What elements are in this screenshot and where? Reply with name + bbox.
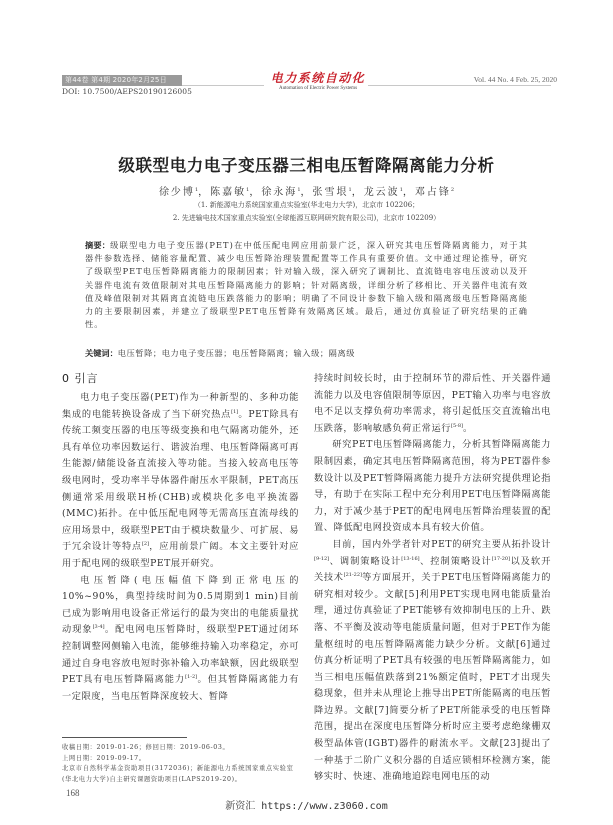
journal-name-cn: 电力系统自动化 — [266, 71, 370, 85]
author-affiliation-mark: 1 — [246, 187, 249, 193]
abstract: 摘要：级联型电力电子变压器(PET)在中低压配电网应用前景广泛，深入研究其电压暂… — [85, 239, 528, 331]
citation-reference[interactable]: [17-20] — [492, 556, 510, 562]
volume-info: Vol. 44 No. 4 Feb. 25, 2020 — [474, 75, 557, 84]
author-name: 张雪垠 — [313, 187, 349, 198]
header-divider-right — [368, 85, 551, 86]
footnote-divider — [62, 737, 187, 738]
citation-reference[interactable]: [3-4] — [93, 624, 105, 630]
author-list: 徐少博1，陈嘉敏1，徐永海1，张雪垠1，龙云波1，邓占锋2 — [0, 183, 613, 198]
author-affiliation-mark: 1 — [297, 187, 300, 193]
author-name: 徐少博 — [159, 187, 195, 198]
author-affiliation-mark: 1 — [195, 187, 198, 193]
citation-reference[interactable]: [5-8] — [451, 423, 463, 429]
author-name: 陈嘉敏 — [210, 187, 246, 198]
footnotes: 收稿日期：2019-01-26；修回日期：2019-06-03。 上网日期：20… — [62, 743, 299, 785]
footnote-received: 收稿日期：2019-01-26；修回日期：2019-06-03。 — [62, 743, 299, 754]
journal-name-en: Automation of Electric Power Systems — [266, 85, 370, 92]
author-affiliation-mark: 2 — [451, 187, 454, 193]
header-divider-left — [182, 85, 264, 86]
author-name: 龙云波 — [364, 187, 400, 198]
citation-reference[interactable]: [13-16] — [401, 556, 419, 562]
body-paragraph: 目前，国内外学者针对PET的研究主要从拓扑设计[9-12]、调制策略设计[13-… — [314, 537, 551, 786]
body-paragraph: 持续时间较长时，由于控制环节的滞后性、开关器件通流能力以及电容值限制等原因，PE… — [314, 371, 551, 437]
body-column-left: 0 引言 电力电子变压器(PET)作为一种新型的、多种功能集成的电能转换设备成了… — [62, 370, 299, 705]
body-paragraph: 电压暂降(电压幅值下降到正常电压的10%~90%，典型持续时间为0.5周期到1 … — [62, 573, 299, 706]
keywords-text: 电压暂降；电力电子变压器；电压暂降隔离；输入级；隔离级 — [118, 348, 355, 358]
body-paragraph: 研究PET电压暂降隔离能力，分析其暂降隔离能力限制因素，确定其电压暂降隔离范围，… — [314, 437, 551, 537]
right-paragraphs: 持续时间较长时，由于控制环节的滞后性、开关器件通流能力以及电容值限制等原因，PE… — [314, 371, 551, 786]
journal-logo: 电力系统自动化 Automation of Electric Power Sys… — [266, 71, 370, 92]
section-heading-introduction: 0 引言 — [62, 370, 299, 388]
footnote-online: 上网日期：2019-09-17。 — [62, 754, 299, 765]
keywords-label: 关键词： — [85, 348, 118, 358]
issue-band: 第44卷 第4期 2020年2月25日 — [62, 75, 182, 86]
author-affiliation-mark: 1 — [349, 187, 352, 193]
abstract-label: 摘要： — [85, 240, 110, 250]
footnote-funding: 北京市自然科学基金资助项目(3172036)；新能源电力系统国家重点实验室(华北… — [62, 764, 299, 785]
citation-reference[interactable]: [2] — [142, 541, 149, 547]
affiliation-2: 2. 先进输电技术国家重点实验室(全球能源互联网研究院有限公司)，北京市 102… — [0, 213, 613, 223]
keywords: 关键词：电压暂降；电力电子变压器；电压暂降隔离；输入级；隔离级 — [85, 347, 528, 359]
citation-reference[interactable]: [21-22] — [344, 572, 362, 578]
author-affiliation-mark: 1 — [400, 187, 403, 193]
body-column-right: 持续时间较长时，由于控制环节的滞后性、开关器件通流能力以及电容值限制等原因，PE… — [314, 371, 551, 786]
abstract-text: 级联型电力电子变压器(PET)在中低压配电网应用前景广泛，深入研究其电压暂降隔离… — [85, 240, 528, 329]
citation-reference[interactable]: [1] — [231, 409, 238, 415]
doi-text: DOI: 10.7500/AEPS20190126005 — [62, 87, 192, 96]
citation-reference[interactable]: [9-12] — [314, 556, 329, 562]
affiliation-1: （1. 新能源电力系统国家重点实验室(华北电力大学)，北京市 102206； — [0, 200, 613, 210]
watermark-link[interactable]: 新资汇 https://www.z3060.com — [0, 797, 613, 812]
body-paragraph: 电力电子变压器(PET)作为一种新型的、多种功能集成的电能转换设备成了当下研究热… — [62, 390, 299, 573]
article-title: 级联型电力电子变压器三相电压暂降隔离能力分析 — [0, 152, 613, 176]
author-name: 徐永海 — [261, 187, 297, 198]
citation-reference[interactable]: [1-2] — [185, 674, 197, 680]
author-name: 邓占锋 — [415, 187, 451, 198]
left-paragraphs: 电力电子变压器(PET)作为一种新型的、多种功能集成的电能转换设备成了当下研究热… — [62, 390, 299, 705]
